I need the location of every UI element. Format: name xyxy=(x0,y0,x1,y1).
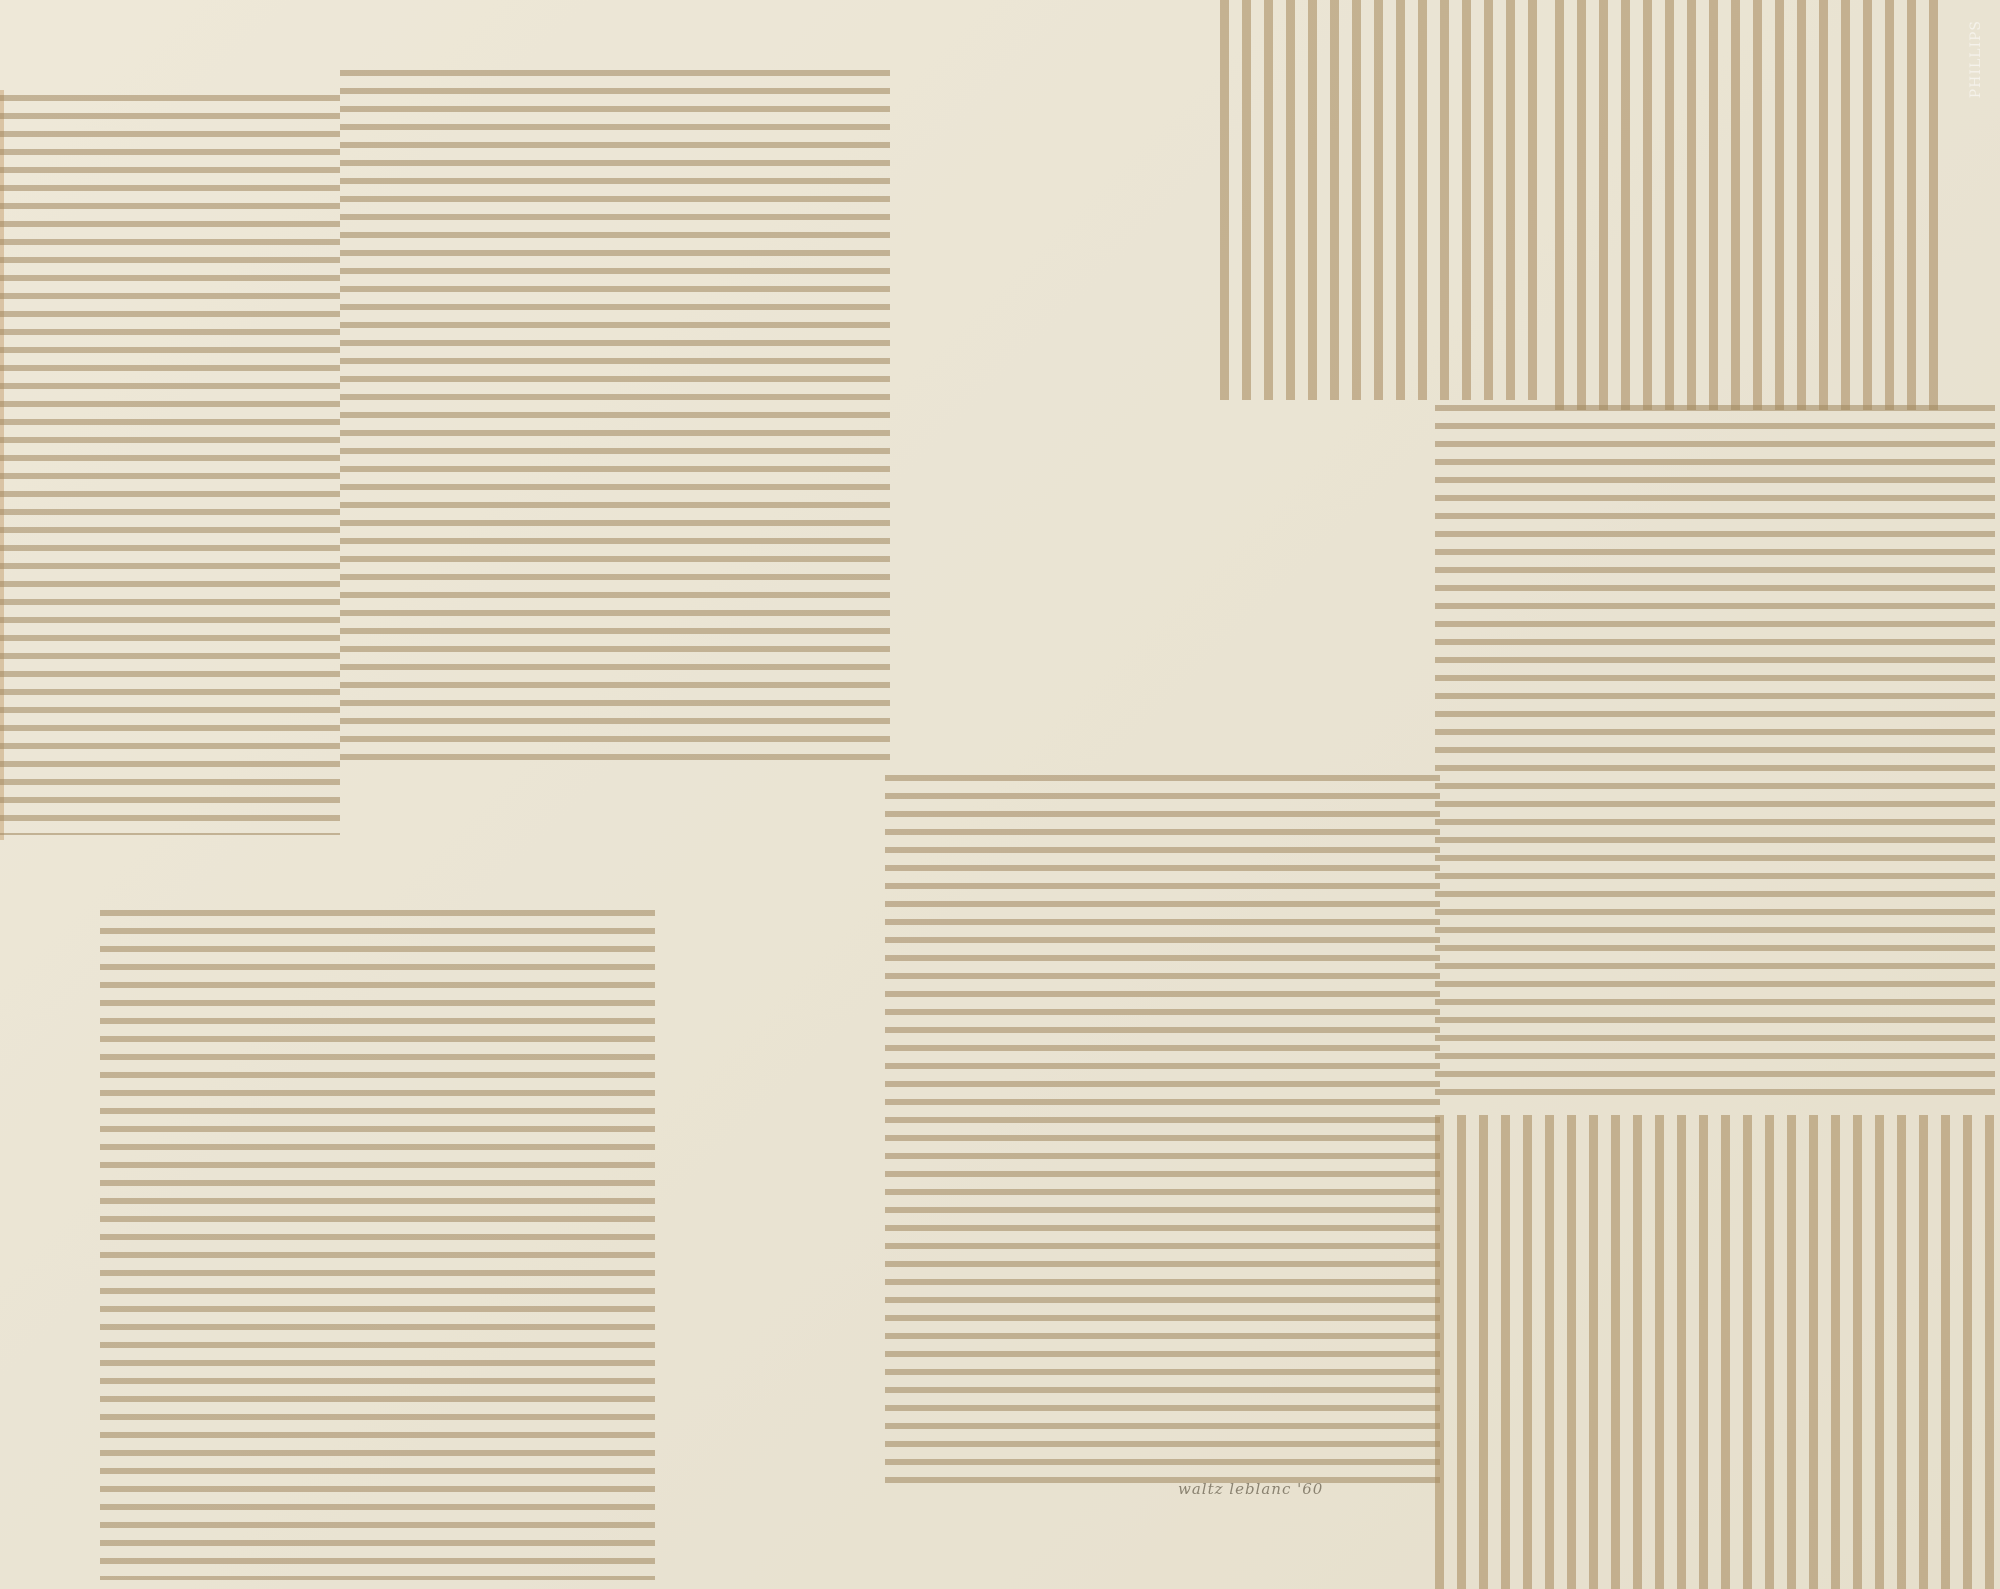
artist-signature: waltz leblanc '60 xyxy=(1178,1480,1323,1498)
stripe-block-bottom-right-vertical xyxy=(1435,1115,1995,1589)
stripe-block-top-left-horizontal xyxy=(0,95,340,835)
stripe-block-center-horizontal xyxy=(885,775,1440,1495)
stripe-block-bottom-left-horizontal xyxy=(100,910,655,1580)
stripe-block-top-center-horizontal xyxy=(340,70,890,770)
watermark: PHILLIPS xyxy=(1968,20,1984,98)
stripe-block-top-right-vertical-2 xyxy=(1555,0,1950,410)
stripe-block-right-middle-horizontal xyxy=(1435,405,1995,1105)
stripe-block-top-right-vertical-1 xyxy=(1220,0,1550,400)
